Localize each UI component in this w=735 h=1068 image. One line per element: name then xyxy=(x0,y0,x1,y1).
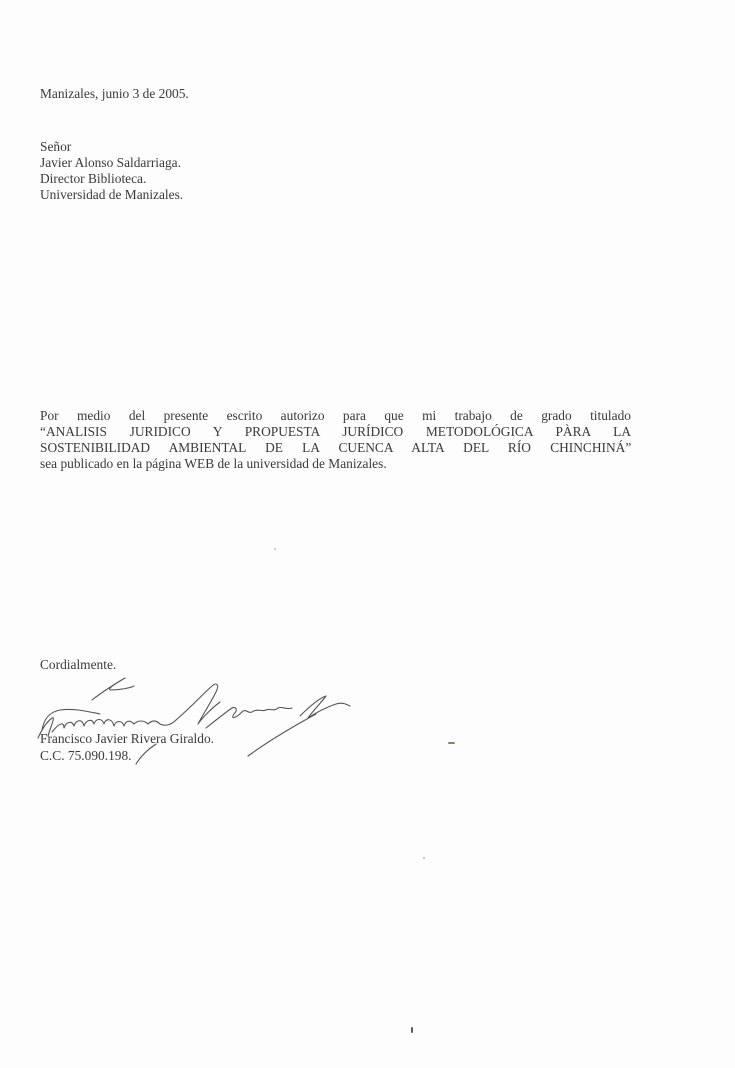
scan-speck xyxy=(448,742,455,744)
recipient-salutation: Señor xyxy=(40,139,183,155)
recipient-block: Señor Javier Alonso Saldarriaga. Directo… xyxy=(40,139,183,203)
body-line: Por medio del presente escrito autorizo … xyxy=(40,408,631,424)
signer-name: Francisco Javier Rivera Giraldo. xyxy=(40,731,214,747)
recipient-position: Director Biblioteca. xyxy=(40,171,183,187)
date-line: Manizales, junio 3 de 2005. xyxy=(40,86,189,102)
letter-page: Manizales, junio 3 de 2005. Señor Javier… xyxy=(0,0,735,1068)
recipient-institution: Universidad de Manizales. xyxy=(40,187,183,203)
body-line: sea publicado en la página WEB de la uni… xyxy=(40,456,631,472)
scan-speck xyxy=(274,548,276,550)
scan-speck xyxy=(423,857,425,859)
body-line: “ANALISIS JURIDICO Y PROPUESTA JURÍDICO … xyxy=(40,424,631,440)
scan-speck xyxy=(411,1027,413,1033)
signer-id: C.C. 75.090.198. xyxy=(40,748,132,764)
authorization-paragraph: Por medio del presente escrito autorizo … xyxy=(40,408,631,472)
body-line: SOSTENIBILIDAD AMBIENTAL DE LA CUENCA AL… xyxy=(40,440,631,456)
recipient-name: Javier Alonso Saldarriaga. xyxy=(40,155,183,171)
